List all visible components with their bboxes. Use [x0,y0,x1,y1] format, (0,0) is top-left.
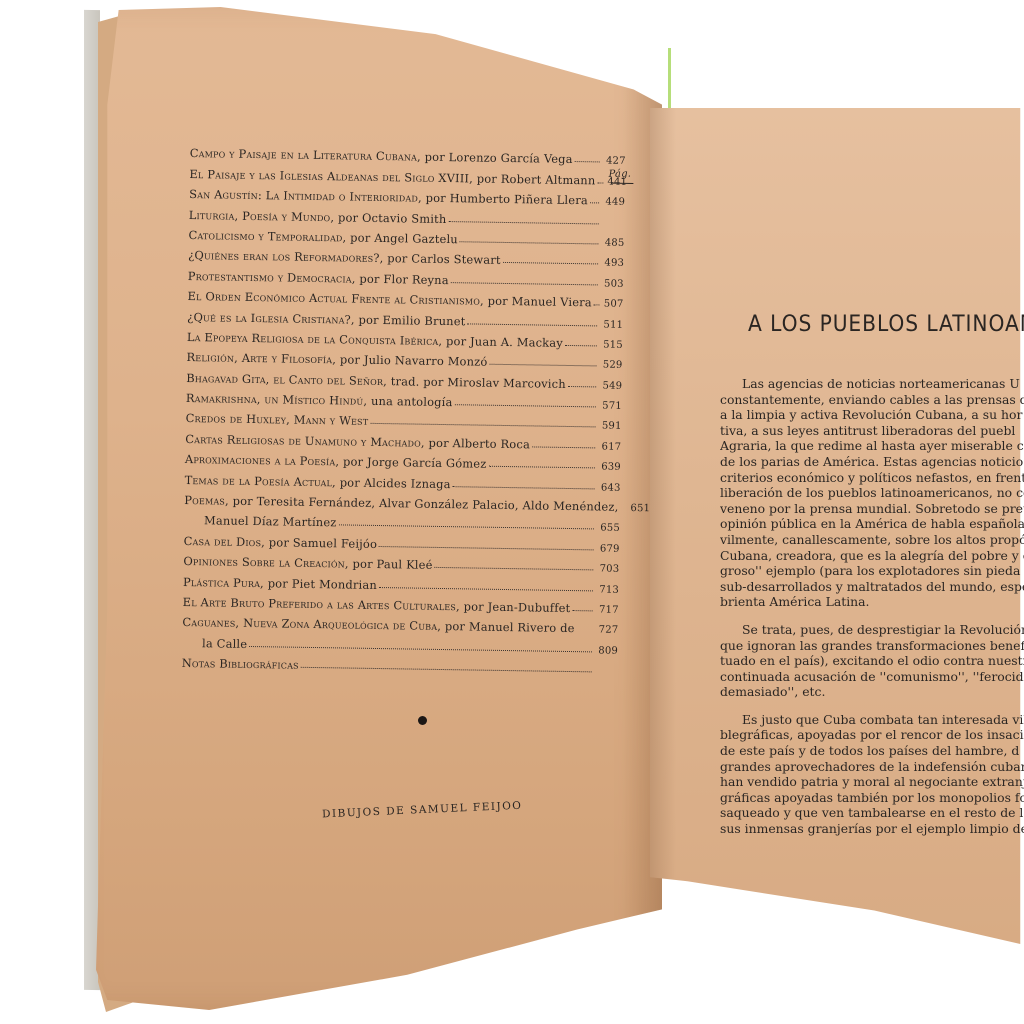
book-spine [84,10,100,990]
toc-entry-page: 679 [598,543,620,554]
text-line: Se trata, pues, de desprestigiar la Revo… [720,622,1024,638]
text-line: veneno por la prensa mundial. Sobretodo … [720,501,1024,517]
text-line: brienta América Latina. [720,594,1024,610]
dot-leader [565,345,597,347]
text-line: tuado en el país), excitando el odio con… [720,653,1024,669]
toc-entry-title: Notas Bibliográficas [182,656,299,672]
toc-entry-page: 441 [607,176,627,187]
toc-entry-page: 515 [601,339,623,350]
toc-entry-title: Poemas [184,493,225,508]
ornament-dot [418,716,427,725]
text-line: sub-desarrollados y maltratados del mund… [720,579,1024,595]
dot-leader [451,282,598,285]
dot-leader [467,323,597,326]
toc-entry-page: 549 [600,380,622,391]
toc-entry-page: 507 [604,299,624,310]
toc-entry-page: 427 [604,156,626,167]
dot-leader [453,486,595,489]
dot-leader [448,221,598,224]
article-paragraph: Es justo que Cuba combata tan interesada… [720,712,1024,837]
text-line: a la limpia y activa Revolución Cubana, … [720,407,1024,423]
toc-entry-page: 643 [599,482,621,493]
toc-entry-page: 651 [630,503,650,514]
dot-leader [454,404,595,407]
toc-entry-page: 511 [601,319,623,330]
text-line: criterios económico y políticos nefastos… [720,470,1024,486]
text-line: sus inmensas granjerías por el ejemplo l… [720,821,1024,837]
toc-entry-page: 655 [598,523,620,534]
text-line: blegráficas, apoyadas por el rencor de l… [720,727,1024,743]
text-line: Cubana, creadora, que es la alegría del … [720,548,1024,564]
toc-entry-page: 617 [599,441,621,452]
toc-entry-author: , por Paul Kleé [345,557,433,572]
dot-leader [568,386,596,387]
text-line: de este país y de todos los países del h… [720,743,1024,759]
text-line: Las agencias de noticias norteamericanas… [720,376,1024,392]
text-line: saqueado y que ven tambalearse en el res… [720,805,1024,821]
text-line: de los parias de América. Estas agencias… [720,454,1024,470]
toc-entry-author: , por Flor Reyna [352,271,449,287]
text-line: constantemente, enviando cables a las pr… [720,392,1024,408]
article-title: A LOS PUEBLOS LATINOAM [748,312,1024,337]
toc-entry-page: 717 [597,604,619,615]
green-bookmark [668,48,781,113]
toc-entry-page: 703 [597,564,619,575]
text-line: Agraria, la que redime al hasta ayer mis… [720,438,1024,454]
text-line: vilmente, canallescamente, sobre los alt… [720,532,1024,548]
text-line: han vendido patria y moral al negociante… [720,774,1024,790]
toc-entry-page: 591 [599,421,621,432]
toc-entry-page: 571 [600,401,622,412]
toc-entry-page: 809 [596,645,618,656]
dot-leader [594,304,600,305]
dot-leader [572,610,592,611]
toc-entry-continuation: la Calle [182,636,247,651]
text-line: Es justo que Cuba combata tan interesada… [720,712,1024,728]
dot-leader [379,587,593,591]
toc-entry-page: 449 [603,197,625,208]
toc-entry-page: 727 [596,625,618,636]
text-line: demasiado'', etc. [720,684,1024,700]
toc-entry-author: , una antología [363,394,452,409]
text-line: opinión pública en la América de habla e… [720,516,1024,532]
text-line: grandes aprovechadores de la indefensión… [720,759,1024,775]
dot-leader [575,161,600,162]
dot-leader [489,364,596,367]
dot-leader [503,262,598,264]
dot-leader [532,446,595,448]
article-paragraph: Se trata, pues, de desprestigiar la Revo… [720,622,1024,700]
toc-entry-title: Casa del Dios [184,534,262,549]
dot-leader [590,202,599,203]
table-of-contents: Pág. Campo y Paisaje en la Literatura Cu… [182,140,626,677]
dot-leader [370,423,595,428]
toc-entry-page: 485 [602,237,624,248]
text-line: gráficas apoyadas también por los monopo… [720,790,1024,806]
open-book-photo: Pág. Campo y Paisaje en la Literatura Cu… [0,0,1024,1024]
dot-leader [435,567,594,570]
toc-entry-page: 493 [602,258,624,269]
dot-leader [379,546,594,550]
toc-entry-page: 529 [600,360,622,371]
toc-entry-title: Plástica Pura [183,575,260,590]
dot-leader [488,466,594,469]
toc-entry-page: 713 [597,584,619,595]
text-line: tiva, a sus leyes antitrust liberadoras … [720,423,1024,439]
article-body: Las agencias de noticias norteamericanas… [720,376,1024,849]
text-line: groso'' ejemplo (para los explotadores s… [720,563,1024,579]
text-line: que ignoran las grandes transformaciones… [720,638,1024,654]
toc-entry-page: 503 [602,278,624,289]
dot-leader [460,241,599,244]
article-paragraph: Las agencias de noticias norteamericanas… [720,376,1024,610]
text-line: continuada acusación de ''comunismo'', '… [720,669,1024,685]
dot-leader [301,667,592,673]
text-line: liberación de los pueblos latinoamerican… [720,485,1024,501]
dot-leader [597,182,603,183]
toc-list: Campo y Paisaje en la Literatura Cubana,… [182,140,626,677]
dot-leader [338,525,593,530]
toc-entry-page: 639 [599,462,621,473]
